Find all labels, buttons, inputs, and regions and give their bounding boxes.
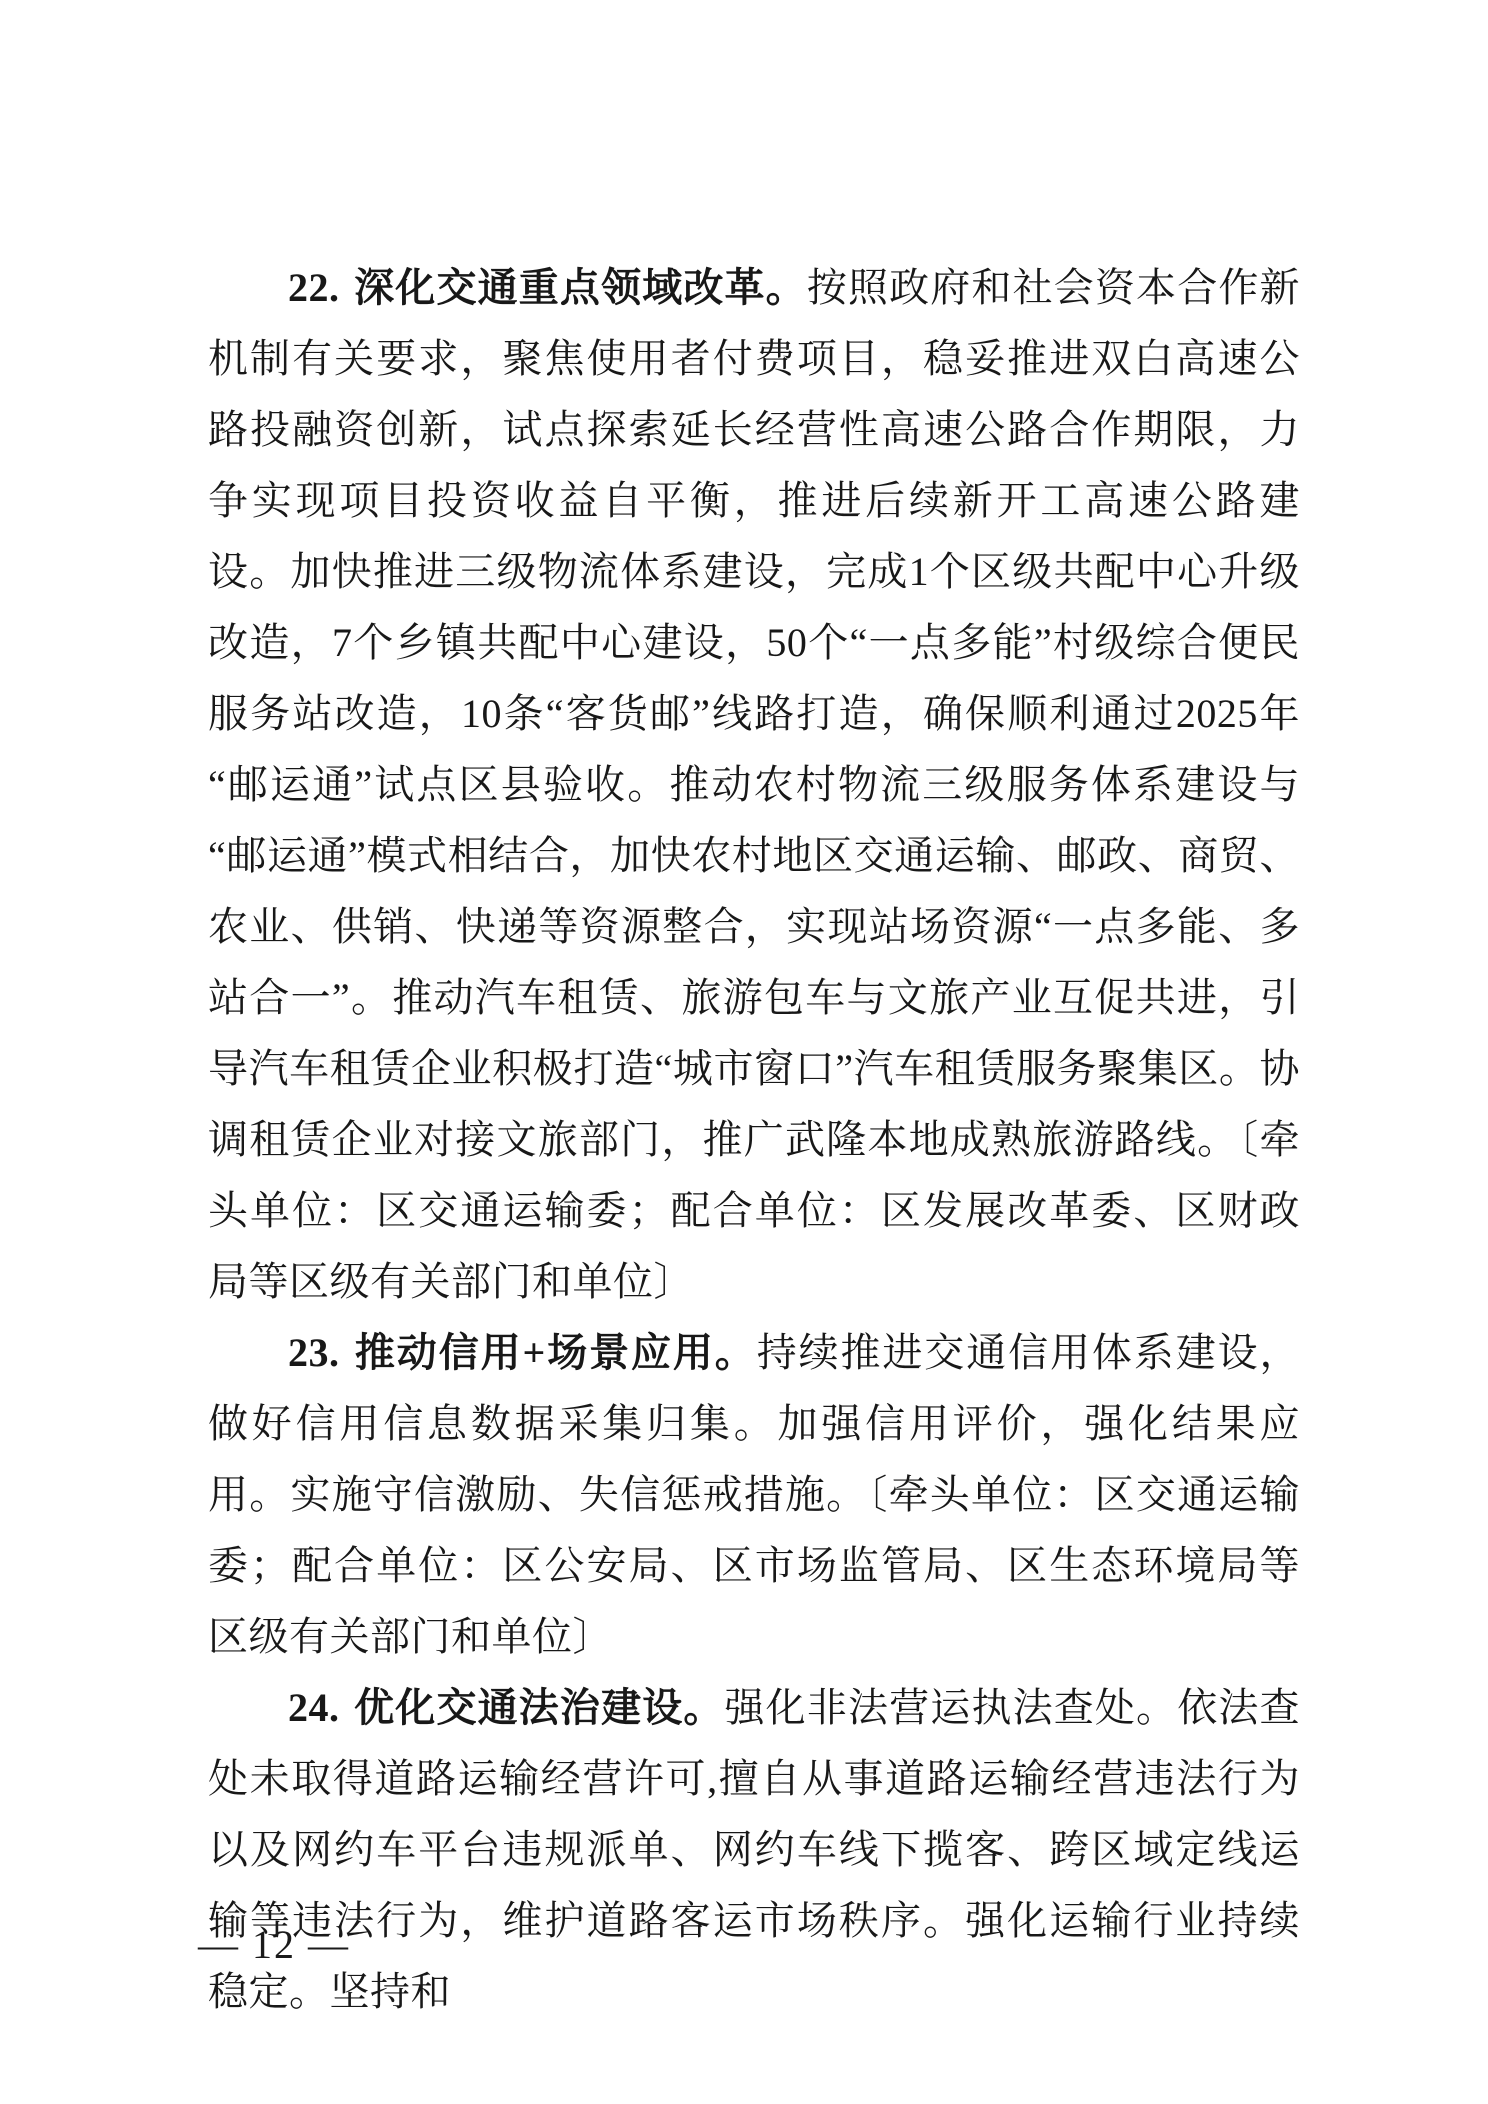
paragraph-22-number: 22. xyxy=(288,265,340,310)
paragraph-24: 24.优化交通法治建设。强化非法营运执法查处。依法查处未取得道路运输经营许可,擅… xyxy=(208,1672,1300,2027)
paragraph-24-text: 强化非法营运执法查处。依法查处未取得道路运输经营许可,擅自从事道路运输经营违法行… xyxy=(208,1685,1300,2014)
paragraph-22: 22.深化交通重点领域改革。按照政府和社会资本合作新机制有关要求，聚焦使用者付费… xyxy=(208,252,1300,1317)
paragraph-24-number: 24. xyxy=(288,1685,340,1730)
document-page: 22.深化交通重点领域改革。按照政府和社会资本合作新机制有关要求，聚焦使用者付费… xyxy=(0,0,1488,2104)
document-body: 22.深化交通重点领域改革。按照政府和社会资本合作新机制有关要求，聚焦使用者付费… xyxy=(208,252,1300,2027)
paragraph-23: 23.推动信用+场景应用。持续推进交通信用体系建设，做好信用信息数据采集归集。加… xyxy=(208,1317,1300,1672)
page-footer: — 12 — xyxy=(198,1921,350,1969)
paragraph-22-text: 按照政府和社会资本合作新机制有关要求，聚焦使用者付费项目，稳妥推进双白高速公路投… xyxy=(208,265,1300,1304)
paragraph-24-heading: 优化交通法治建设。 xyxy=(354,1685,725,1730)
paragraph-23-number: 23. xyxy=(288,1330,340,1375)
paragraph-22-heading: 深化交通重点领域改革。 xyxy=(354,265,807,310)
paragraph-23-text: 持续推进交通信用体系建设，做好信用信息数据采集归集。加强信用评价，强化结果应用。… xyxy=(208,1330,1300,1659)
page-number: — 12 — xyxy=(198,1922,350,1967)
paragraph-23-heading: 推动信用+场景应用。 xyxy=(354,1330,757,1375)
